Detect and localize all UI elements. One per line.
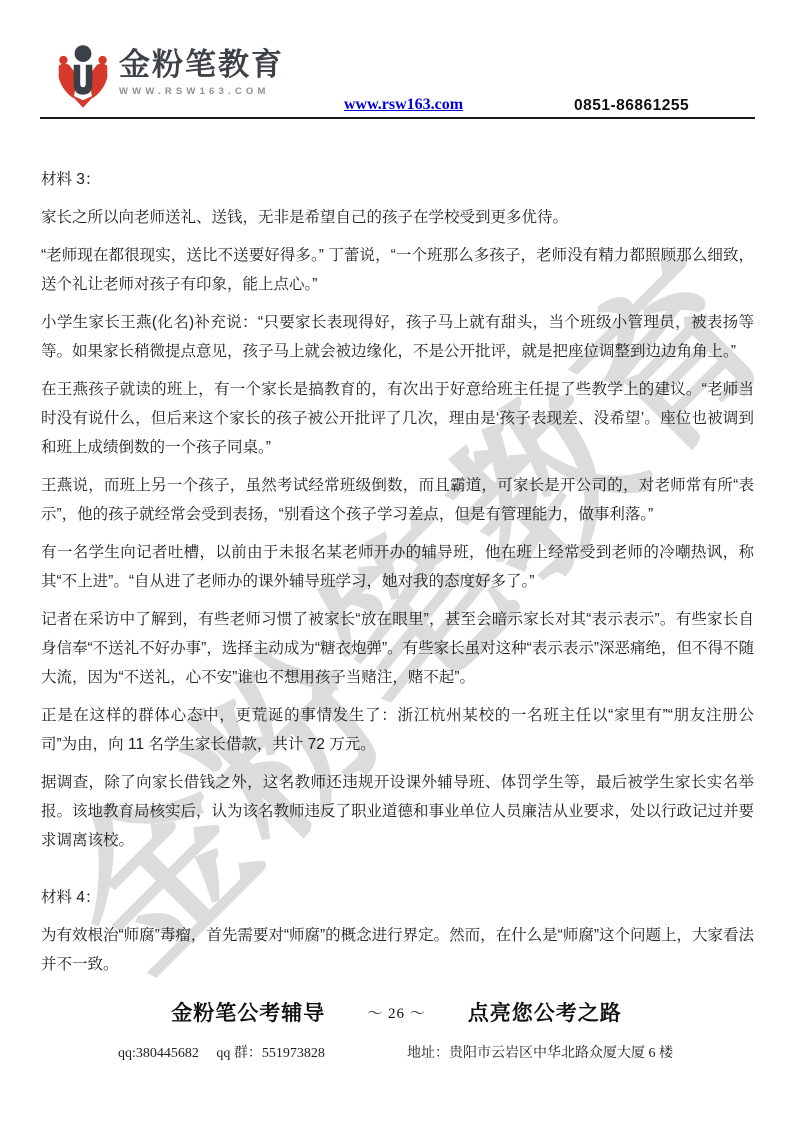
- website-link[interactable]: www.rsw163.com: [344, 96, 463, 114]
- header-divider: [40, 117, 755, 119]
- paragraph: 正是在这样的群体心态中，更荒诞的事情发生了：浙江杭州某校的一名班主任以“家里有”…: [41, 701, 754, 759]
- footer-brand-text: 金粉笔公考辅导: [171, 997, 325, 1027]
- paragraph: 王燕说，而班上另一个孩子，虽然考试经常班级倒数，而且霸道，可家长是开公司的，对老…: [41, 471, 754, 529]
- address: 地址：贵阳市云岩区中华北路众厦大厦 6 楼: [407, 1042, 673, 1062]
- footer-slogan-text: 点亮您公考之路: [468, 997, 622, 1027]
- brand-logo: 金粉笔教育 WWW.RSW163.COM: [55, 42, 284, 110]
- page-header: 金粉笔教育 WWW.RSW163.COM www.rsw163.com 0851…: [0, 0, 793, 120]
- paragraph: 记者在采访中了解到，有些老师习惯了被家长“放在眼里”，甚至会暗示家长对其“表示表…: [41, 605, 754, 692]
- footer-contacts: qq:380445682 qq 群：551973828 地址：贵阳市云岩区中华北…: [118, 1042, 673, 1062]
- paragraph: 为有效根治“师腐”毒瘤，首先需要对“师腐”的概念进行界定。然而，在什么是“师腐”…: [41, 921, 754, 979]
- paragraph: “老师现在都很现实，送比不送要好得多。” 丁蕾说，“一个班那么多孩子，老师没有精…: [41, 241, 754, 299]
- brand-text-block: 金粉笔教育 WWW.RSW163.COM: [119, 42, 284, 97]
- paragraph: 小学生家长王燕(化名)补充说：“只要家长表现得好，孩子马上就有甜头，当个班级小管…: [41, 308, 754, 366]
- paragraph: 家长之所以向老师送礼、送钱，无非是希望自己的孩子在学校受到更多优待。: [41, 203, 754, 232]
- page-number: ～ 26 ～: [367, 1002, 426, 1023]
- paragraph: 据调查，除了向家长借钱之外，这名教师还违规开设课外辅导班、体罚学生等，最后被学生…: [41, 768, 754, 855]
- brand-logo-icon: [55, 42, 111, 110]
- phone-number: 0851-86861255: [574, 97, 689, 115]
- document-body: 材料 3： 家长之所以向老师送礼、送钱，无非是希望自己的孩子在学校受到更多优待。…: [41, 165, 754, 988]
- section-heading-material-4: 材料 4：: [41, 883, 754, 912]
- footer-banner: 金粉笔公考辅导 ～ 26 ～ 点亮您公考之路: [0, 997, 793, 1027]
- paragraph: 有一名学生向记者吐槽，以前由于未报名某老师开办的辅导班，他在班上经常受到老师的冷…: [41, 538, 754, 596]
- brand-site-url: WWW.RSW163.COM: [119, 86, 284, 97]
- document-page: 金粉笔教育 金粉笔教育 WWW.RSW163.COM: [0, 0, 793, 1122]
- qq-contact: qq:380445682 qq 群：551973828: [118, 1042, 325, 1062]
- paragraph: 在王燕孩子就读的班上，有一个家长是搞教育的，有次出于好意给班主任提了些教学上的建…: [41, 375, 754, 462]
- brand-name: 金粉笔教育: [119, 48, 284, 82]
- section-heading-material-3: 材料 3：: [41, 165, 754, 194]
